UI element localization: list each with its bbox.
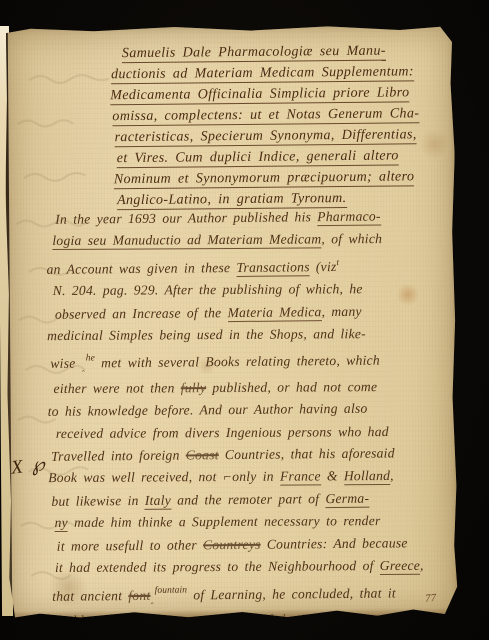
photo-background: Samuelis Dale Pharmacologiæ seu Manu-duc… bbox=[0, 0, 489, 640]
manuscript-line: N. 204. pag. 929. After the publishing o… bbox=[53, 278, 452, 303]
text-segment: medicinal Simples being used in the Shop… bbox=[47, 326, 366, 343]
text-segment: Pharmaco- bbox=[317, 209, 381, 226]
text-segment: , bbox=[420, 558, 424, 573]
text-segment: fully bbox=[181, 380, 207, 395]
text-segment: Greece bbox=[380, 558, 420, 575]
text-segment: Holland bbox=[344, 468, 390, 485]
text-segment: Materia Medica bbox=[227, 304, 321, 321]
manuscript-line: it more usefull to other Countreys Count… bbox=[57, 532, 454, 558]
title-line-text: Samuelis Dale Pharmacologiæ seu Manu- bbox=[122, 44, 386, 63]
text-segment: France bbox=[280, 469, 321, 486]
text-segment: observed an Increase of the bbox=[55, 305, 228, 322]
manuscript-line: ny made him thinke a Supplement necessar… bbox=[55, 510, 454, 535]
title-line-text: ductionis ad Materiam Medicam Supplement… bbox=[111, 64, 414, 83]
text-segment: he bbox=[82, 354, 95, 364]
text-segment: t bbox=[336, 257, 339, 267]
manuscript-page: Samuelis Dale Pharmacologiæ seu Manu-duc… bbox=[4, 24, 459, 620]
manuscript-line: an Account was given in these Transactio… bbox=[46, 250, 451, 281]
manuscript-line: to his knowledge before. And our Author … bbox=[48, 397, 453, 423]
text-segment: , many bbox=[321, 303, 361, 318]
text-segment: to his knowledge before. And our Author … bbox=[48, 401, 368, 419]
text-segment: published, or had not come bbox=[206, 379, 377, 395]
text-segment: an Account was given in these bbox=[47, 260, 237, 277]
manuscript-line: that ancient fontfountain of Learning, h… bbox=[52, 576, 454, 610]
text-segment: received advice from divers Ingenious pe… bbox=[56, 424, 389, 441]
text-segment: made him thinke a Supplement necessary t… bbox=[68, 513, 381, 530]
manuscript-line: observed an Increase of the Materia Medi… bbox=[55, 299, 452, 325]
text-segment: Countreys bbox=[203, 536, 261, 552]
page-number: 77 bbox=[425, 592, 437, 605]
text-segment: fountain bbox=[150, 585, 187, 595]
text-segment: of Learning, he concluded, that it bbox=[187, 585, 396, 602]
text-segment: Countries, that his aforesaid bbox=[219, 445, 395, 462]
title-line-text: omissa, complectens: ut et Notas Generum… bbox=[112, 106, 419, 125]
text-segment: logia seu Manuductio ad Materiam Medicam bbox=[52, 232, 321, 250]
text-segment: & bbox=[321, 469, 344, 484]
text-segment: , bbox=[390, 468, 394, 483]
text-segment: but likewise in bbox=[51, 493, 145, 509]
manuscript-line: Book was well received, not ⌐only in Fra… bbox=[48, 465, 453, 490]
text-segment: Coast bbox=[186, 447, 219, 462]
text-segment: either were not then bbox=[53, 380, 180, 396]
text-segment: (viz bbox=[310, 259, 337, 274]
latin-title: Samuelis Dale Pharmacologiæ seu Manu-duc… bbox=[110, 40, 451, 211]
manuscript-line: wise he met with several Books relating … bbox=[50, 344, 452, 378]
text-segment: wise bbox=[50, 356, 81, 371]
text-segment: , of which bbox=[321, 231, 382, 246]
text-segment: it had extended its progress to the Neig… bbox=[55, 558, 380, 575]
text-segment: Italy bbox=[145, 493, 171, 510]
title-line-text: Nominum et Synonymorum præcipuorum; alte… bbox=[114, 169, 415, 188]
text-segment: N. 204. pag. 929. After the publishing o… bbox=[53, 281, 363, 298]
text-segment: font bbox=[128, 587, 150, 602]
manuscript-line: it had extended its progress to the Neig… bbox=[55, 555, 454, 580]
text-segment: met with several Books relating thereto,… bbox=[95, 353, 380, 371]
text-segment: ny bbox=[55, 515, 68, 532]
text-segment: Travelled into foreign bbox=[51, 448, 186, 464]
text-segment: it more usefull to other bbox=[57, 537, 203, 553]
manuscript-line: logia seu Manuductio ad Materiam Medicam… bbox=[52, 228, 451, 253]
text-segment: Countries: And because bbox=[261, 535, 408, 551]
body-text: In the year 1693 our Author published hi… bbox=[49, 205, 454, 632]
text-segment: In the year 1693 our Author published hi… bbox=[55, 209, 317, 227]
title-line-text: et Vires. Cum duplici Indice, generali a… bbox=[117, 148, 399, 167]
text-segment: that ancient bbox=[52, 588, 128, 604]
text-segment: and the remoter part of bbox=[171, 491, 326, 508]
text-segment: Germa- bbox=[325, 491, 369, 508]
manuscript-line: received advice from divers Ingenious pe… bbox=[56, 420, 453, 445]
title-line-text: racteristicas, Specierum Synonyma, Diffe… bbox=[114, 127, 416, 146]
text-segment: Transactions bbox=[236, 259, 309, 276]
text-segment: Book was well received, not ⌐only in bbox=[48, 469, 280, 485]
title-line-text: Medicamenta Officinalia Simplicia priore… bbox=[110, 85, 409, 104]
